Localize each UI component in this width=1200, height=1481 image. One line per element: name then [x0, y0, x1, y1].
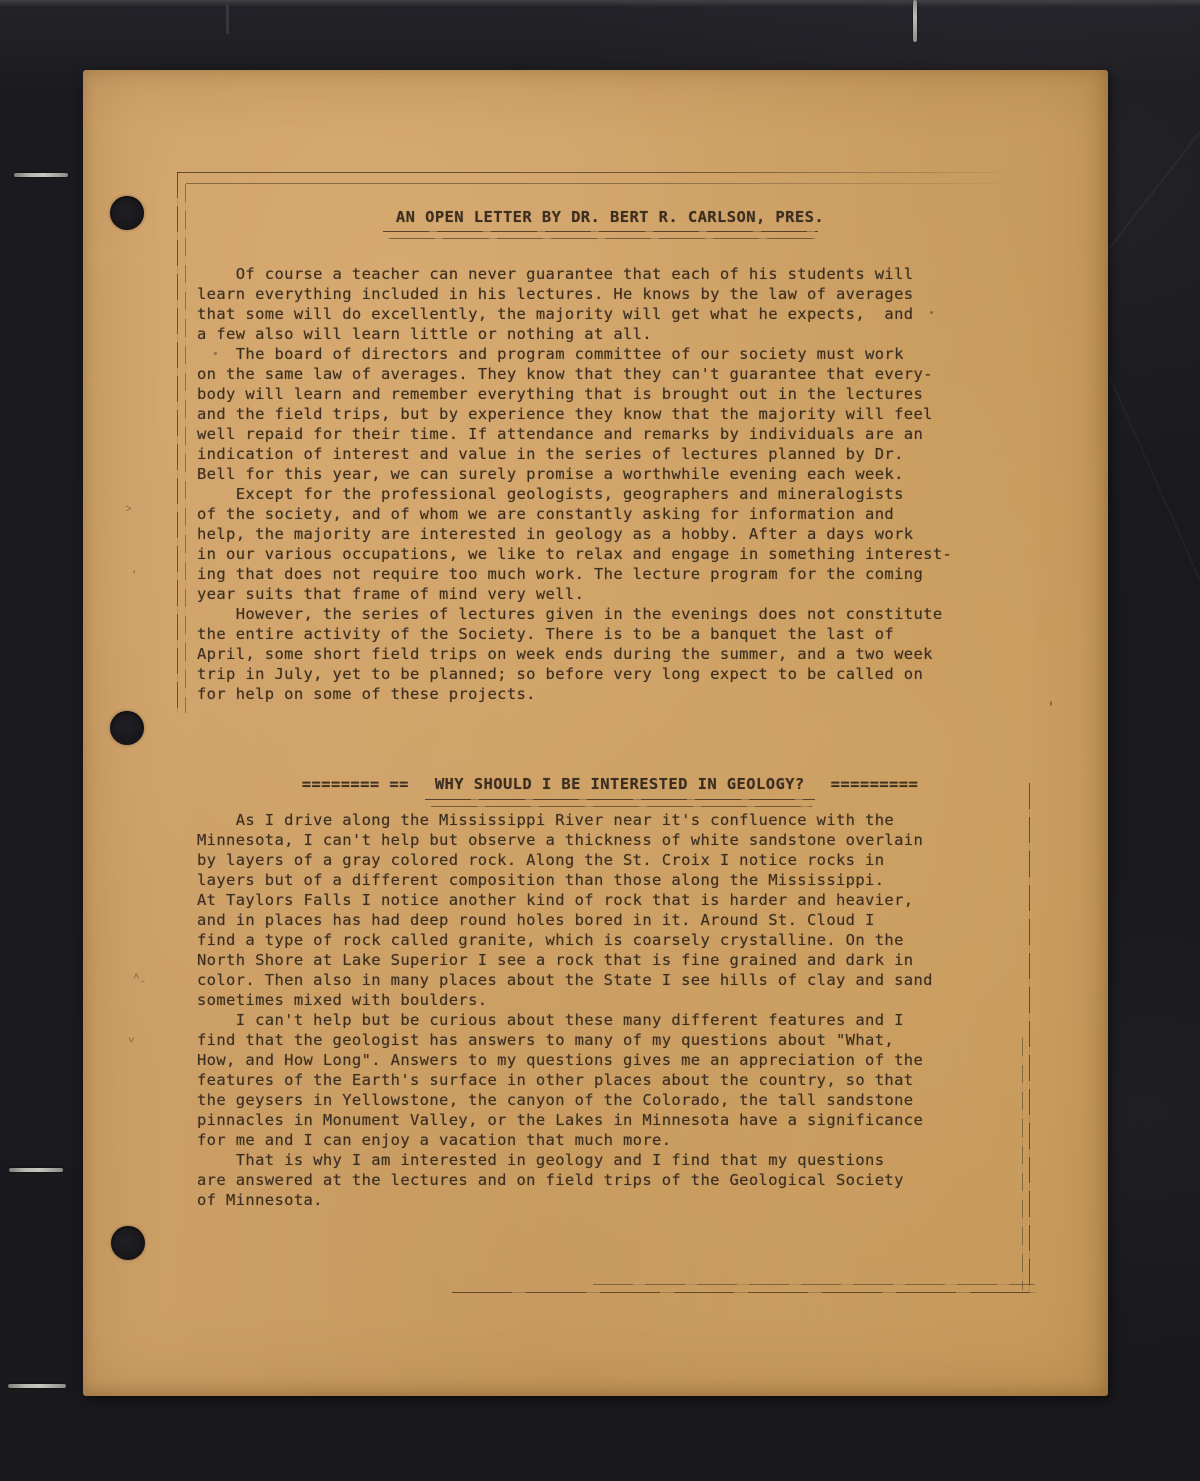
staple [14, 173, 68, 177]
pencil-mark: ˄ˍ [133, 970, 146, 984]
pencil-mark: ˅ [128, 1034, 135, 1048]
section2-decor-right: ========= [831, 775, 919, 793]
frame-left-line-outer [177, 172, 178, 713]
album-top-sheen [0, 0, 1200, 7]
staple [8, 1384, 66, 1388]
frame-bottom-line-lower [452, 1292, 1035, 1293]
hole-punch [111, 1226, 145, 1260]
hole-punch [110, 196, 144, 230]
pencil-mark: , [131, 562, 138, 575]
staple [913, 0, 917, 42]
section1-title: AN OPEN LETTER BY DR. BERT R. CARLSON, P… [190, 208, 1030, 226]
section2-body: As I drive along the Mississippi River n… [197, 810, 1007, 1210]
pencil-mark: ˃ [125, 502, 132, 516]
frame-top-line-outer [177, 172, 1013, 173]
frame-top-line-inner [186, 183, 1012, 184]
section2-title: WHY SHOULD I BE INTERESTED IN GEOLOGY? [435, 775, 805, 793]
frame-right-line-inner [1022, 1038, 1023, 1290]
staple [9, 1168, 63, 1172]
hole-punch [110, 711, 144, 745]
section2-heading-row: ======== == WHY SHOULD I BE INTERESTED I… [190, 775, 1030, 793]
frame-bottom-line-upper [593, 1284, 1035, 1285]
frame-left-line-inner [185, 184, 186, 713]
section2-decor-left: ======== == [302, 775, 409, 793]
frame-right-line-outer [1029, 783, 1030, 1292]
section1-body: Of course a teacher can never guarantee … [197, 264, 1007, 704]
ink-speck [1050, 701, 1052, 706]
staple [226, 4, 229, 34]
photo-album-background: { "document": { "section1": { "title": "… [0, 0, 1200, 1481]
